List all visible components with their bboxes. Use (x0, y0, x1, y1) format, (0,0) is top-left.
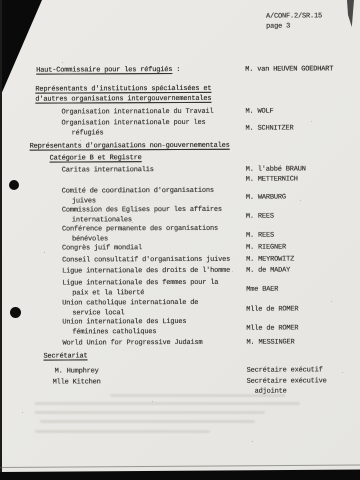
section-heading: Représentants d'institutions spécialisée… (0, 84, 359, 105)
entry-row: Organisation internationale pour lesréfu… (0, 118, 360, 139)
entry-label: Secrétariat (43, 352, 87, 360)
delegate-name: M. l'abbé BRAUN (246, 165, 306, 175)
entry-row: Commission des Eglises pour les affaires… (0, 205, 360, 226)
entry-label: Commission des Eglises pour les affaires (62, 206, 222, 215)
entry-row: Conférence permanente des organisationsb… (0, 224, 360, 245)
delegate-names: M. van HEUVEN GOEDHART (245, 65, 333, 75)
delegate-name: Secrétaire exécutif (247, 366, 323, 376)
entry-label: Congrès juif mondial (62, 244, 142, 252)
page-number: page 3 (266, 22, 322, 32)
entry-label: Organisation internationale du Travail (61, 108, 213, 117)
entry-label: Ligue internationale des femmes pour la (62, 279, 218, 288)
delegate-name: adjointe (247, 387, 327, 397)
delegate-name: M. METTERNICH (246, 175, 306, 185)
entry-label: Conseil consultatif d'organisations juiv… (62, 256, 230, 265)
delegate-name: M. REES (246, 232, 274, 242)
entry-row: Union internationale des Liguesféminines… (0, 317, 360, 338)
document-text: A/CONF.2/SR.15 page 3 Haut-Commissaire p… (0, 0, 360, 480)
entry-row: Caritas internationalisM. l'abbé BRAUNM.… (0, 165, 360, 176)
section-heading: Représentants d'organisations non-gouver… (0, 141, 360, 152)
entry-row: Ligue internationale des femmes pour lap… (0, 278, 360, 299)
entry-label: Organisation internationale pour les (61, 119, 205, 128)
entry-label: Conférence permanente des organisations (62, 225, 218, 234)
delegate-name: M. MEYROWITZ (246, 256, 294, 266)
entry-row: Union catholique internationale deservic… (0, 298, 360, 319)
delegate-name: Mlle de ROMER (246, 324, 298, 334)
delegate-names: Mme BAER (246, 286, 278, 296)
entry-row: Congrès juif mondialM. RIEGNER (0, 243, 360, 254)
entry-label: Catégorie B et Registre (50, 154, 142, 162)
entry-label: Union catholique internationale de (62, 299, 198, 308)
section-heading: Secrétariat (0, 351, 360, 362)
entry-label: Représentants d'organisations non-gouver… (30, 142, 230, 151)
entry-row: Conseil consultatif d'organisations juiv… (0, 255, 360, 266)
entry-row: Ligue internationale des droits de l'hom… (0, 266, 360, 277)
document-page: A/CONF.2/SR.15 page 3 Haut-Commissaire p… (0, 0, 360, 480)
entry-row: Comité de coordination d'organisationsju… (0, 186, 360, 207)
entry-row: Mlle KitchenSecrétaire exécutiveadjointe (1, 377, 360, 388)
delegate-names: M. RIEGNER (246, 244, 286, 254)
document-body: Haut-Commissaire pour les réfugiés :M. v… (0, 0, 359, 1)
delegate-name: Secrétaire exécutive (247, 377, 327, 387)
delegate-names: M. de MADAY (246, 267, 290, 277)
delegate-names: M. REES (246, 232, 274, 242)
delegate-names: M. REES (246, 213, 274, 223)
entry-label: M. Humphrey (55, 367, 99, 375)
entry-label: Union internationale des Ligues (62, 318, 186, 327)
entry-label: internationales (72, 216, 132, 224)
delegate-name: Mlle de ROMER (246, 305, 298, 315)
entry-label: Représentants d'institutions spécialisée… (35, 85, 211, 94)
entry-label: World Union for Progressive Judaism (62, 339, 202, 348)
delegate-name: M. WOLF (245, 108, 273, 118)
section-heading: Haut-Commissaire pour les réfugiés :M. v… (0, 65, 359, 76)
entry-row: Organisation internationale du TravailM.… (0, 107, 359, 118)
entry-row: M. HumphreySecrétaire exécutif (1, 366, 360, 377)
document-reference: A/CONF.2/SR.15 page 3 (266, 12, 322, 31)
entry-label: paix et la liberté (72, 289, 144, 297)
delegate-names: M. l'abbé BRAUNM. METTERNICH (246, 165, 306, 184)
entry-label: réfugiés (72, 129, 104, 137)
entry-label: juives (72, 197, 96, 205)
entry-label: Mlle Kitchen (53, 378, 101, 386)
delegate-name: M. van HEUVEN GOEDHART (245, 65, 333, 75)
delegate-name: Mme BAER (246, 286, 278, 296)
entry-label: Caritas internationalis (62, 166, 154, 174)
entry-row: World Union for Progressive JudaismM. ME… (0, 338, 360, 349)
entry-label: bénévoles (72, 235, 108, 243)
entry-label: féminines catholiques (72, 328, 156, 336)
entry-label: service local (72, 309, 124, 317)
section-heading: Catégorie B et Registre (0, 153, 360, 164)
delegate-names: M. SCHNITZER (245, 125, 293, 135)
delegate-names: Secrétaire exécutiveadjointe (247, 377, 327, 396)
entry-label: Comité de coordination d'organisations (62, 187, 214, 196)
delegate-name: M. MESSINGER (246, 339, 294, 349)
delegate-names: Mlle de ROMER (246, 324, 298, 334)
scan-edge-bottom (0, 469, 360, 480)
delegate-name: M. de MADAY (246, 267, 290, 277)
delegate-names: Mlle de ROMER (246, 305, 298, 315)
delegate-name: M. SCHNITZER (245, 125, 293, 135)
delegate-name: M. REES (246, 213, 274, 223)
delegate-names: M. MESSINGER (246, 339, 294, 349)
document-symbol: A/CONF.2/SR.15 (266, 12, 322, 22)
delegate-name: M. RIEGNER (246, 244, 286, 254)
delegate-name: M. WARBURG (246, 194, 286, 204)
entry-label: Haut-Commissaire pour les réfugiés (36, 66, 172, 75)
entry-label: d'autres organisations intergouvernement… (35, 94, 211, 103)
label-suffix: : (172, 66, 180, 74)
delegate-names: M. WOLF (245, 108, 273, 118)
delegate-names: Secrétaire exécutif (247, 366, 323, 376)
delegate-names: M. MEYROWITZ (246, 256, 294, 266)
delegate-names: M. WARBURG (246, 194, 286, 204)
entry-label: Ligue internationale des droits de l'hom… (62, 267, 230, 276)
